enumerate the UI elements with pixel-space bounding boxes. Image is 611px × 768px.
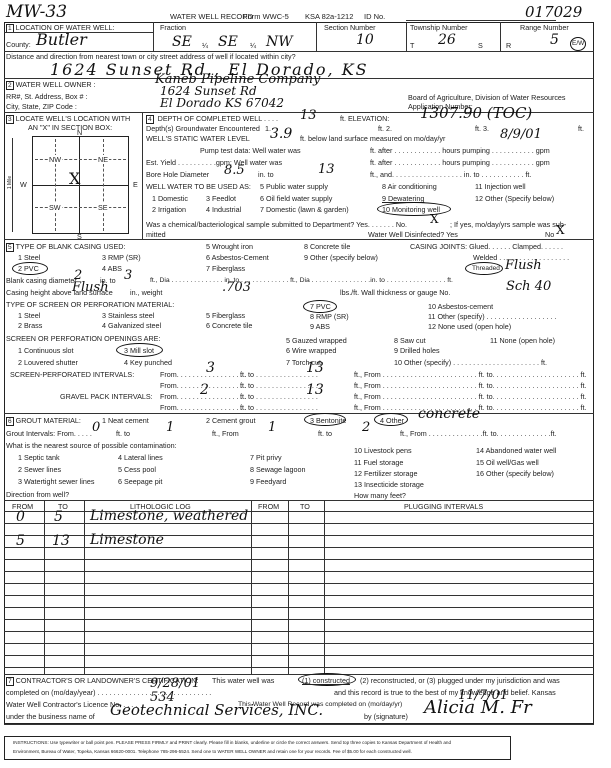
signature[interactable]: Alicia M. Fr [424, 697, 532, 718]
opening-selected[interactable]: 3 Mill slot [124, 346, 154, 355]
section-box[interactable]: NW NE SW SE X [32, 136, 129, 234]
fraction-1[interactable]: SE [172, 34, 192, 50]
use-option[interactable]: 2 Irrigation [152, 205, 186, 214]
screen-to-value[interactable]: 13 [306, 360, 324, 376]
use-option[interactable]: 12 Other (Specify below) [475, 194, 554, 203]
depth-label: 4 DEPTH OF COMPLETED WELL . . . . [146, 114, 278, 124]
use-option[interactable]: 5 Public water supply [260, 182, 328, 191]
use-option[interactable]: 3 Feedlot [206, 194, 236, 203]
range-value[interactable]: 5 [550, 32, 559, 48]
completed-date-value[interactable]: 9/28/01 [150, 676, 200, 691]
instructions-line1: INSTRUCTIONS: Use typewriter or ball poi… [13, 739, 451, 746]
use-option[interactable]: 11 Injection well [475, 182, 526, 191]
use-option[interactable]: 8 Air conditioning [382, 182, 437, 191]
bore-diameter-value[interactable]: 8.5 [224, 163, 245, 178]
section-value[interactable]: 10 [356, 32, 374, 48]
form-title: WATER WELL RECORD [170, 12, 253, 21]
section2-label: 2WATER WELL OWNER : [6, 80, 96, 90]
fraction-2[interactable]: SE [218, 34, 238, 50]
log-from[interactable]: 5 [16, 533, 25, 549]
log-to[interactable]: 13 [52, 533, 70, 549]
depth-value[interactable]: 13 [300, 108, 317, 123]
static-level-value[interactable]: 3.9 [270, 126, 292, 142]
township-value[interactable]: 26 [438, 32, 456, 48]
use-option[interactable]: 1 Domestic [152, 194, 188, 203]
gravel-from-value[interactable]: 2 [200, 382, 209, 398]
disinfected-no-mark[interactable]: X [556, 223, 565, 237]
grout-to-1[interactable]: 1 [166, 420, 174, 435]
form-number: Form WWC-5 [243, 12, 289, 21]
threaded-value[interactable]: Flush [505, 258, 542, 273]
id-value: 017029 [525, 3, 582, 21]
grout-other[interactable]: 4 Other [380, 416, 404, 425]
casing-weight-value[interactable]: .703 [222, 280, 251, 295]
gauge-value[interactable]: Sch 40 [506, 279, 551, 294]
grout-from-1[interactable]: 0 [92, 420, 100, 435]
instructions-box: INSTRUCTIONS: Use typewriter or ball poi… [4, 736, 511, 760]
threaded-option[interactable]: Threaded [472, 264, 500, 273]
plug-header-intervals: PLUGGING INTERVALS [404, 502, 483, 511]
gravel-to-value[interactable]: 13 [306, 382, 324, 398]
grout-from-2[interactable]: 1 [268, 420, 276, 435]
township-label: Township Number [410, 23, 468, 32]
grout-bentonite[interactable]: 3 Bentonite [310, 416, 346, 425]
sample-no-mark[interactable]: X [430, 212, 439, 226]
section5-label: 5TYPE OF BLANK CASING USED: [6, 242, 125, 252]
grout-to-2[interactable]: 2 [362, 420, 370, 435]
casing-height-value[interactable]: Flush [72, 280, 109, 295]
board-label: Board of Agriculture, Division of Water … [408, 93, 566, 102]
log-table: FROM TO LITHOLOGIC LOG FROM TO PLUGGING … [4, 500, 594, 674]
screen-selected[interactable]: 7 PVC [310, 302, 331, 311]
log-from[interactable]: 0 [16, 509, 25, 525]
use-option[interactable]: 4 Industrial [206, 205, 241, 214]
address-label: RR#, St. Address, Box # : [6, 92, 88, 101]
county-value[interactable]: Butler [36, 30, 87, 49]
range-direction[interactable]: E/W [572, 39, 584, 48]
owner-city[interactable]: El Dorado KS 67042 [160, 96, 284, 110]
city-label: City, State, ZIP Code : [6, 102, 77, 111]
fraction-3[interactable]: NW [266, 34, 293, 50]
use-option[interactable]: 6 Oil field water supply [260, 194, 332, 203]
static-date-value[interactable]: 8/9/01 [500, 127, 542, 142]
business-name-value[interactable]: Geotechnical Services, INC. [110, 701, 323, 719]
id-label: ID No. [364, 12, 385, 21]
well-tag: MW-33 [6, 2, 67, 22]
log-desc[interactable]: Limestone, weathered [90, 508, 248, 524]
section6-label: 6GROUT MATERIAL: [6, 416, 81, 426]
well-mark: X [69, 169, 80, 188]
log-desc[interactable]: Limestone [90, 532, 164, 548]
ksa-ref: KSA 82a-1212 [305, 12, 353, 21]
fraction-label: Fraction [160, 23, 186, 32]
casing-to-value[interactable]: 3 [124, 268, 132, 283]
log-to[interactable]: 5 [54, 509, 63, 525]
screen-from-value[interactable]: 3 [206, 360, 215, 376]
elevation-value[interactable]: 1307.90 (TOC) [420, 104, 532, 122]
range-label: Range Number [520, 23, 569, 32]
plug-header-to: TO [300, 502, 310, 511]
casing-selected[interactable]: 2 PVC [18, 264, 39, 273]
grout-other-value[interactable]: concrete [418, 406, 480, 422]
bore-to-value[interactable]: 13 [318, 162, 335, 177]
constructed-option[interactable]: (1) constructed [302, 676, 350, 685]
plug-header-from: FROM [258, 502, 279, 511]
instructions-line2: Environment, Bureau of Water, Topeka, Ka… [13, 748, 412, 755]
use-option[interactable]: 7 Domestic (lawn & garden) [260, 205, 349, 214]
section-number-label: Section Number [324, 23, 376, 32]
county-label: County: [6, 40, 31, 49]
